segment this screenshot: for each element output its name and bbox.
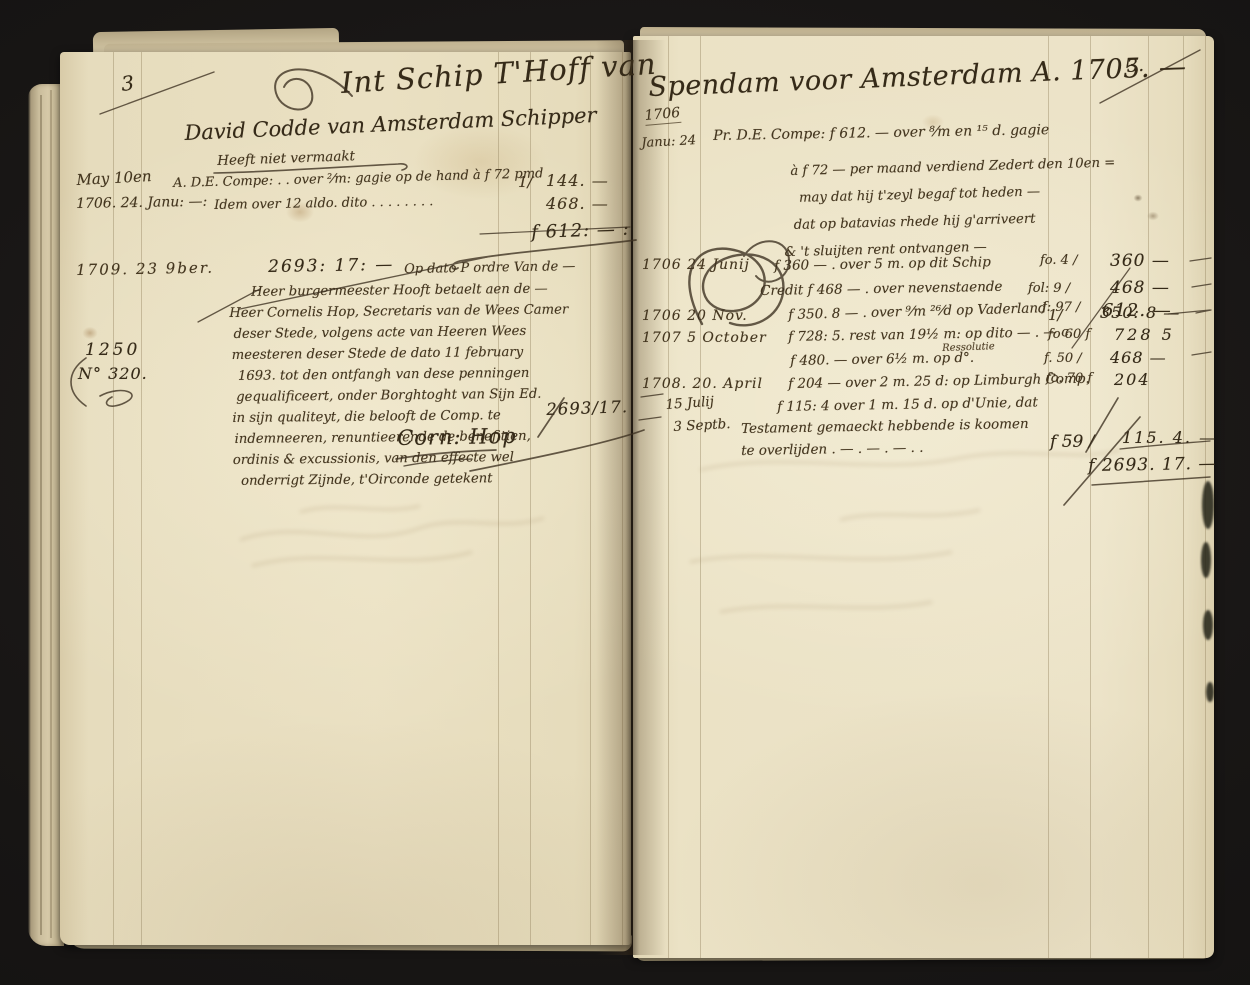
margin-ref-1250: 1250: [85, 340, 140, 360]
row-amount: 360 —: [1110, 251, 1170, 271]
ruled-line: [1205, 36, 1206, 958]
row-date: 1706 24 Junij: [642, 257, 750, 273]
row-folio: f. 50 /: [1044, 351, 1082, 366]
row-folio: fo. 4 /: [1040, 253, 1077, 268]
row-amount: 204: [1114, 370, 1151, 389]
book-left-page-edges: [28, 84, 64, 946]
row-folio: fol: 9 /: [1028, 281, 1070, 296]
last-entry-date2: 3 Septb.: [673, 416, 731, 435]
row-text: f 480. — over 6½ m. op d°.: [790, 350, 974, 369]
subtotal-amount: f 612: — :: [531, 219, 630, 243]
row-folio: f: 97 /: [1042, 300, 1080, 315]
book-left-edge-streak: [40, 95, 42, 935]
payment-text-block: Heer burgermeester Hooft betaelt aen de …: [229, 278, 570, 492]
grand-total: f 2693. 17. —: [1088, 454, 1217, 476]
entry-date: 1706. 24. Janu: —:: [76, 194, 207, 212]
margin-ref-no320: N° 320.: [78, 364, 148, 383]
entry-pre-amount: 1/: [518, 173, 533, 191]
first-entry-date: Janu: 24: [641, 133, 696, 151]
page-number-left: 3: [120, 71, 135, 96]
entry-amount: 468. —: [546, 194, 609, 213]
page-number-right: 3.: [1126, 55, 1145, 77]
book-left-edge-streak2: [50, 90, 52, 938]
ruled-line: [668, 36, 669, 958]
first-entry-block: à f 72 — per maand verdiend Zedert den 1…: [790, 149, 1118, 265]
payment-amount: 2693/17.: [546, 397, 628, 419]
payment-date: 1709. 23 9ber.: [76, 259, 214, 279]
last-entry-amount: 115. 4. —: [1122, 428, 1217, 447]
row-folio: fo. 70 f: [1046, 371, 1092, 386]
row-date: 1706 20 Nov.: [642, 308, 748, 324]
payment-head-text: Op dato P ordre Van de —: [404, 259, 575, 277]
payment-head-amount: 2693: 17: —: [268, 255, 395, 277]
row-amount: 468 —: [1110, 348, 1167, 367]
row-folio: fo 60 f: [1048, 327, 1090, 342]
entry-amount: 144. —: [546, 171, 609, 190]
ruled-line: [1183, 36, 1184, 958]
row-amount: 350: 8 —: [1100, 303, 1180, 322]
first-entry-year: 1706: [644, 105, 681, 126]
last-entry-line: te overlijden . — . — . — . .: [741, 440, 924, 459]
row-date: 1707 5 October: [642, 330, 767, 346]
last-entry-folio: f 59 /: [1050, 432, 1094, 452]
row-amount: 468 —: [1110, 278, 1170, 298]
payment-line: gequalificeert, onder Borghtoght van Sij…: [236, 383, 569, 407]
payment-line: onderrigt Zijnde, t'Oirconde getekent: [241, 467, 570, 491]
signature-corn-hop: Corn: Hop: [397, 424, 517, 450]
row-date: 1708. 20. April: [642, 376, 763, 392]
row-amount: 728 5: [1114, 325, 1175, 344]
ruled-line: [1148, 36, 1149, 958]
ruled-line: [700, 36, 701, 958]
ruled-line: [498, 52, 499, 945]
ledger-photo: 3 Int Schip T'Hoff van Spendam voor Amst…: [0, 0, 1250, 985]
ruled-line: [141, 52, 142, 945]
last-entry-date1: 15 Julij: [665, 394, 714, 413]
